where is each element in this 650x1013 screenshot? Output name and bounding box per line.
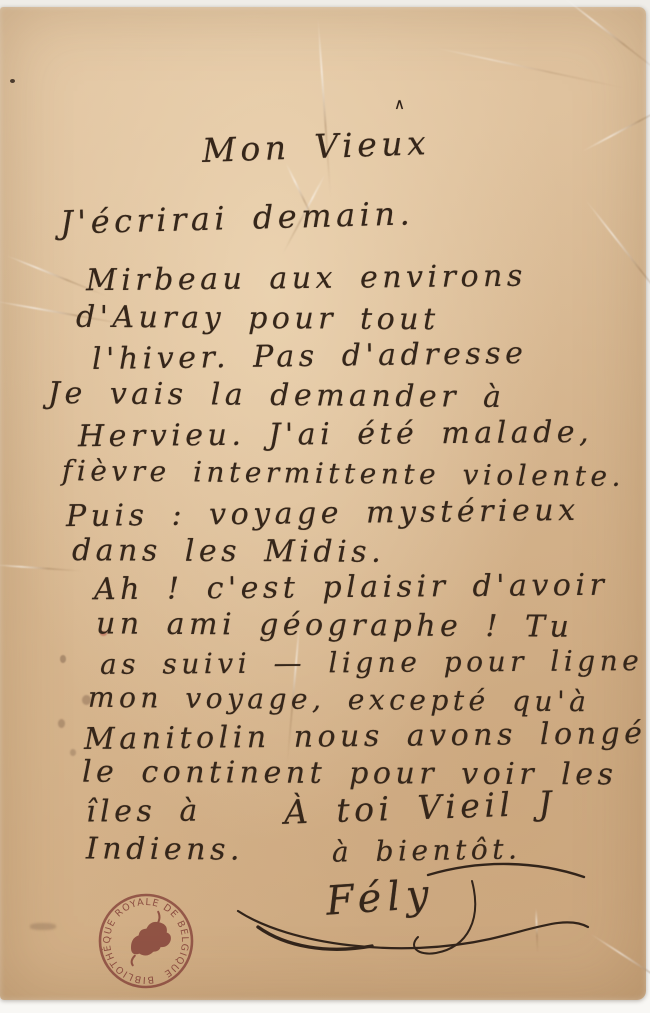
handwritten-line: Indiens. (86, 831, 244, 867)
handwritten-line: mon voyage, excepté qu'à (88, 681, 591, 718)
handwritten-line: dans les Midis. (72, 533, 385, 570)
ink-smudge (58, 719, 65, 728)
handwritten-line: Hervieu. J'ai été malade, (78, 415, 593, 454)
handwritten-line: fièvre intermittente violente. (62, 454, 625, 493)
scan-background: { "document": { "kind": "handwritten-let… (0, 0, 650, 1013)
paper-crease (317, 18, 332, 198)
signature: Fély (325, 871, 437, 924)
handwritten-line: J'écrirai demain. (60, 194, 415, 241)
paper-crease (561, 0, 650, 77)
handwritten-line: as suivi — ligne pour ligne (100, 644, 643, 681)
handwritten-line: Manitolin nous avons longé (84, 716, 647, 757)
handwritten-line: îles à (86, 793, 202, 829)
paper-crease (589, 932, 650, 999)
handwritten-line: Puis : voyage mystérieux (66, 493, 580, 534)
handwritten-line: l'hiver. Pas d'adresse (92, 336, 528, 377)
handwritten-line: un ami géographe ! Tu (96, 606, 574, 644)
ink-smudge (30, 923, 56, 930)
ink-speck (10, 79, 15, 83)
paper-crease (432, 46, 628, 90)
paper-crease (581, 99, 650, 152)
handwritten-line: Mirbeau aux environs (86, 259, 527, 299)
handwritten-closing: à bientôt. (332, 832, 522, 868)
letter-paper: ∧ Mon Vieux J'écrirai demain. Mirbeau au… (0, 7, 646, 1000)
handwritten-line: d'Auray pour tout (76, 300, 440, 338)
paper-crease (535, 908, 539, 954)
handwritten-line: Ah ! c'est plaisir d'avoir (94, 568, 609, 607)
caret-mark: ∧ (394, 95, 405, 113)
paper-crease (584, 198, 650, 317)
ink-smudge (70, 749, 76, 756)
library-stamp: BIBLIOTHÈQUE ROYALE DE BELGIQUE (87, 882, 206, 1001)
ink-smudge (60, 655, 66, 663)
handwritten-closing: À toi Vieil J (283, 783, 556, 831)
letter-salutation: Mon Vieux (201, 123, 430, 170)
handwritten-line: Je vais la demander à (48, 376, 506, 415)
lion-icon (122, 910, 174, 965)
